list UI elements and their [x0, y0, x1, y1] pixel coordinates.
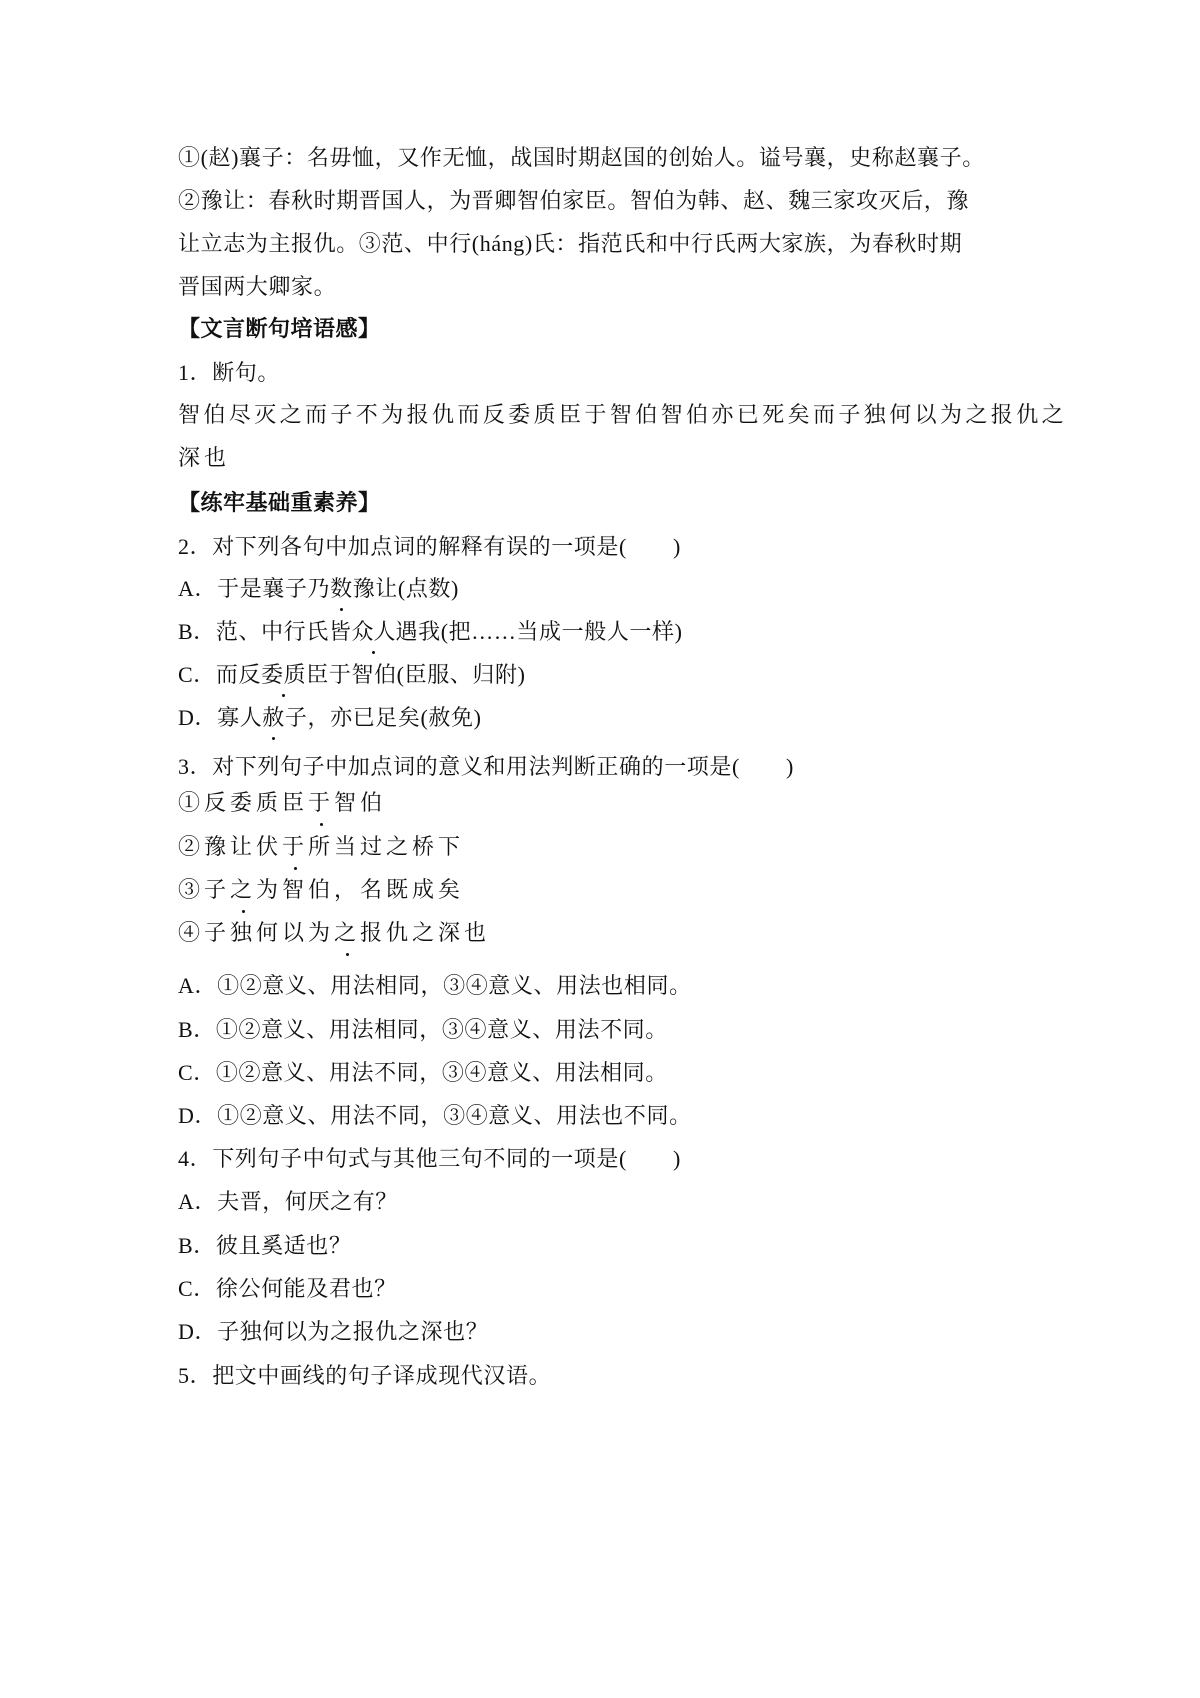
- question-1-label: 1．断句。: [178, 358, 280, 388]
- option-text: 遇我(把……当成一般人一样): [396, 619, 683, 644]
- question-3-option-b: B．①②意义、用法相同，③④意义、用法不同。: [178, 1015, 668, 1045]
- dotted-word: 众人: [351, 617, 395, 647]
- sentence-text: ②豫让伏: [178, 835, 282, 860]
- question-4-option-d: D．子独何以为之报仇之深也？: [178, 1317, 488, 1347]
- note-line-3: 让立志为主报仇。③范、中行(háng)氏：指范氏和中行氏两大家族，为春秋时期: [178, 229, 962, 259]
- sentence-text: ④子独何以为: [178, 921, 334, 946]
- question-4-option-a: A．夫晋，何厌之有？: [178, 1187, 398, 1217]
- question-1-text-line-2: 深也: [178, 444, 230, 474]
- option-text: D．寡人: [178, 705, 262, 730]
- question-4-option-c: C．徐公何能及君也？: [178, 1274, 397, 1304]
- question-4-stem: 4．下列句子中句式与其他三句不同的一项是(): [178, 1144, 681, 1174]
- option-text: C．而反: [178, 662, 261, 687]
- question-2-option-a: A．于是襄子乃数豫让(点数): [178, 574, 459, 604]
- sentence-text: 所当过之桥下: [308, 835, 464, 860]
- question-4-stem-text: 4．下列句子中句式与其他三句不同的一项是(: [178, 1146, 627, 1171]
- question-1-text-line-1: 智伯尽灭之而子不为报仇而反委质臣于智伯智伯亦已死矣而子独何以为之报仇之: [178, 401, 1067, 431]
- question-3-option-a: A．①②意义、用法相同，③④意义、用法也相同。: [178, 971, 692, 1001]
- note-line-2: ②豫让：春秋时期晋国人，为晋卿智伯家臣。智伯为韩、赵、魏三家攻灭后，豫: [178, 186, 969, 216]
- question-3-option-d: D．①②意义、用法不同，③④意义、用法也不同。: [178, 1101, 692, 1131]
- option-text: 子，亦已足矣(赦免): [285, 705, 482, 730]
- question-3-sentence-2: ②豫让伏于所当过之桥下: [178, 833, 464, 863]
- sentence-text: ①反委质臣: [178, 791, 308, 816]
- question-3-stem: 3．对下列句子中加点词的意义和用法判断正确的一项是(): [178, 752, 794, 782]
- dotted-word: 之: [334, 919, 360, 949]
- note-line-1: ①(赵)襄子：名毋恤，又作无恤，战国时期赵国的创始人。谥号襄，史称赵襄子。: [178, 143, 985, 173]
- question-2-option-d: D．寡人赦子，亦已足矣(赦免): [178, 703, 482, 733]
- question-4-option-b: B．彼且奚适也？: [178, 1231, 351, 1261]
- question-3-stem-text: 3．对下列句子中加点词的意义和用法判断正确的一项是(: [178, 754, 740, 779]
- sentence-text: ③子: [178, 878, 230, 903]
- question-2-stem-text: 2．对下列各句中加点词的解释有误的一项是(: [178, 534, 627, 559]
- question-3-sentence-1: ①反委质臣于智伯: [178, 789, 386, 819]
- note-line-4: 晋国两大卿家。: [178, 272, 336, 302]
- section-heading-basics: 【练牢基础重素养】: [178, 489, 381, 519]
- option-text: A．于是襄子乃: [178, 576, 330, 601]
- question-2-option-b: B．范、中行氏皆众人遇我(把……当成一般人一样): [178, 617, 683, 647]
- question-2-stem: 2．对下列各句中加点词的解释有误的一项是(): [178, 532, 681, 562]
- option-text: 豫让(点数): [353, 576, 459, 601]
- question-2-option-c: C．而反委质臣于智伯(臣服、归附): [178, 660, 526, 690]
- question-3-sentence-4: ④子独何以为之报仇之深也: [178, 919, 490, 949]
- section-heading-punctuation: 【文言断句培语感】: [178, 315, 381, 345]
- question-3-sentence-3: ③子之为智伯，名既成矣: [178, 876, 464, 906]
- question-3-stem-end: ): [786, 754, 794, 779]
- option-text: 臣于智伯(臣服、归附): [306, 662, 525, 687]
- sentence-text: 报仇之深也: [360, 921, 490, 946]
- dotted-word: 之: [230, 876, 256, 906]
- dotted-word: 委质: [261, 660, 306, 690]
- dotted-word: 数: [330, 574, 353, 604]
- document-page: ①(赵)襄子：名毋恤，又作无恤，战国时期赵国的创始人。谥号襄，史称赵襄子。 ②豫…: [0, 0, 1200, 1698]
- sentence-text: 为智伯，名既成矣: [256, 878, 464, 903]
- question-5-stem: 5．把文中画线的句子译成现代汉语。: [178, 1361, 551, 1391]
- question-3-option-c: C．①②意义、用法不同，③④意义、用法相同。: [178, 1058, 668, 1088]
- dotted-word: 于: [282, 833, 308, 863]
- dotted-word: 赦: [262, 703, 285, 733]
- sentence-text: 智伯: [334, 791, 386, 816]
- question-2-stem-end: ): [673, 534, 681, 559]
- dotted-word: 于: [308, 789, 334, 819]
- question-4-stem-end: ): [673, 1146, 681, 1171]
- option-text: B．范、中行氏皆: [178, 619, 351, 644]
